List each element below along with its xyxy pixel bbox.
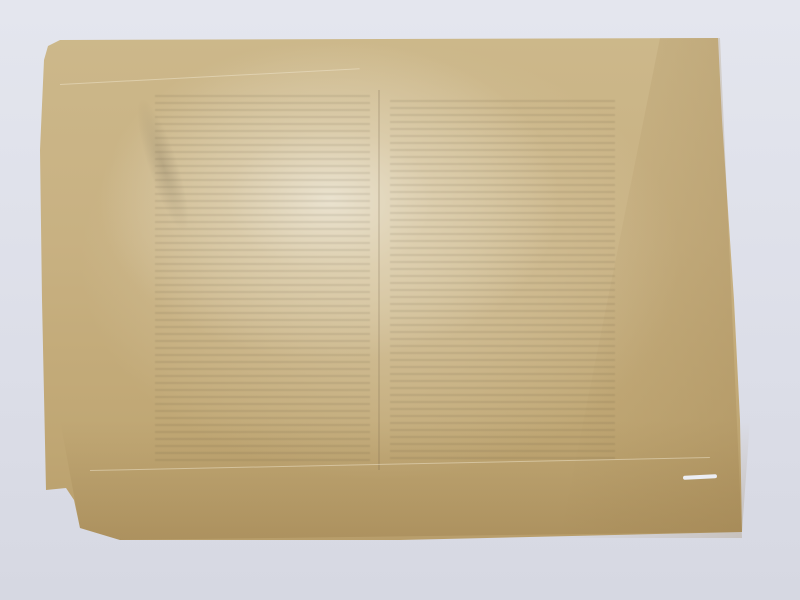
- column-gutter: [378, 90, 380, 470]
- bleed-through-text-column-right: [390, 100, 615, 460]
- bleed-through-text-column-left: [155, 95, 370, 465]
- photo-scene: [0, 0, 800, 600]
